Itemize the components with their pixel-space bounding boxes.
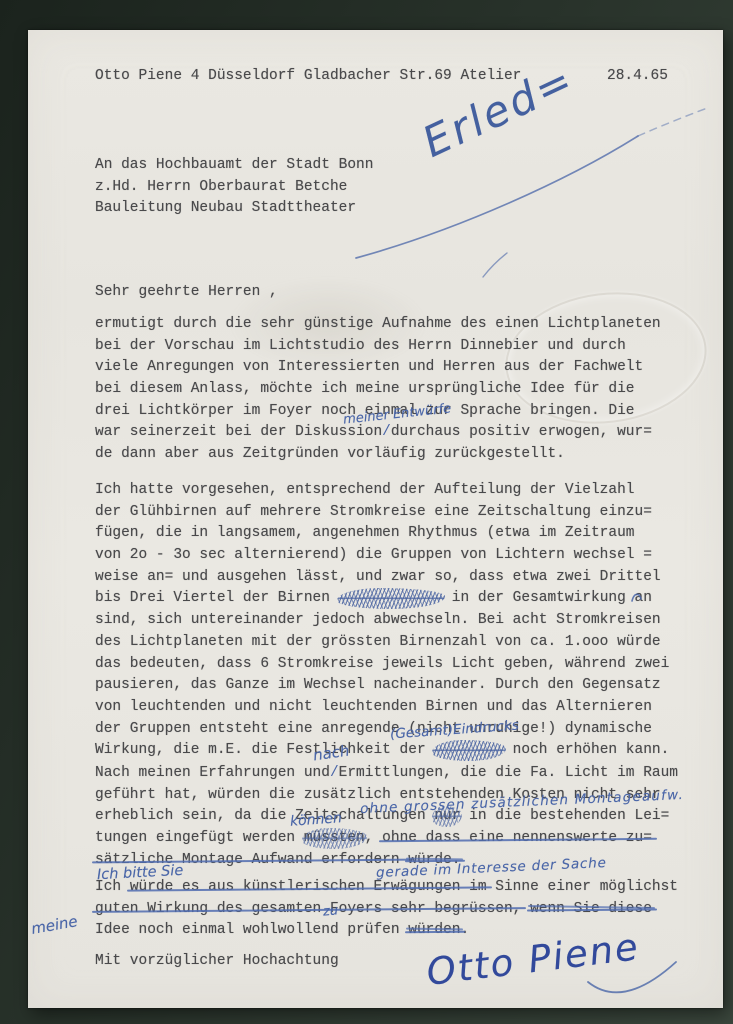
handwritten-note-zu: zu [322, 903, 338, 919]
typed-line: Wirkung, die m.E. die Festlichkeit der n… [95, 740, 669, 762]
paragraph: Ich hatte vorgesehen, entsprechend der A… [95, 480, 669, 762]
typed-line: Bauleitung Neubau Stadttheater [95, 198, 373, 220]
typed-line: guten Wirkung des gesamten Foyers sehr b… [95, 899, 678, 921]
sender-line: Otto Piene 4 Düsseldorf Gladbacher Str.6… [95, 68, 521, 84]
typed-line: viele Anregungen von Interessierten und … [95, 357, 661, 379]
typed-line: weise an= und ausgehen lässt, und zwar s… [95, 567, 669, 589]
typed-line: tungen eingefügt werden müssten, ohne da… [95, 828, 678, 850]
salutation: Sehr geehrte Herren , [95, 284, 278, 300]
flourish-underline-stroke [356, 136, 638, 258]
typed-line: von leuchtenden und nicht leuchtenden Bi… [95, 697, 669, 719]
typed-line: bei diesem Anlass, möchte ich meine ursp… [95, 379, 661, 401]
typed-line: war seinerzeit bei der Diskussion/durcha… [95, 422, 661, 444]
typed-line: An das Hochbauamt der Stadt Bonn [95, 155, 373, 177]
typed-line: das bedeuten, dass 6 Stromkreise jeweils… [95, 654, 669, 676]
typed-line: ermutigt durch die sehr günstige Aufnahm… [95, 314, 661, 336]
typed-line: bei der Vorschau im Lichtstudio des Herr… [95, 336, 661, 358]
letter-page: Otto Piene 4 Düsseldorf Gladbacher Str.6… [28, 30, 723, 1008]
flourish-small-stroke [483, 253, 507, 277]
paragraph: ermutigt durch die sehr günstige Aufnahm… [95, 314, 661, 466]
typed-line: von 2o - 3o sec alternierend) die Gruppe… [95, 545, 669, 567]
typed-line: des Lichtplaneten mit der grössten Birne… [95, 632, 669, 654]
photo-backdrop: Otto Piene 4 Düsseldorf Gladbacher Str.6… [0, 0, 733, 1024]
typed-line: z.Hd. Herrn Oberbaurat Betche [95, 177, 373, 199]
closing: Mit vorzüglicher Hochachtung [95, 953, 339, 969]
typed-line: Nach meinen Erfahrungen und/Ermittlungen… [95, 763, 678, 785]
typed-line: der Glühbirnen auf mehrere Stromkreise e… [95, 502, 669, 524]
flourish-underline-tail [638, 107, 710, 136]
typed-line: de dann aber aus Zeitgründen vorläufig z… [95, 444, 661, 466]
typed-line: sind, sich untereinander jedoch abwechse… [95, 610, 669, 632]
typed-line: der Gruppen entsteht eine anregende (nic… [95, 719, 669, 741]
typed-line: fügen, die in langsamem, angenehmen Rhyt… [95, 523, 669, 545]
typed-line: Ich hatte vorgesehen, entsprechend der A… [95, 480, 669, 502]
date: 28.4.65 [607, 68, 668, 84]
handwritten-note-meine: meine [30, 912, 79, 938]
typed-line: bis Drei Viertel der Birnen in der Gesam… [95, 588, 669, 610]
recipient-block: An das Hochbauamt der Stadt Bonnz.Hd. He… [95, 155, 373, 220]
typed-line: pausieren, das Ganze im Wechsel nacheina… [95, 675, 669, 697]
